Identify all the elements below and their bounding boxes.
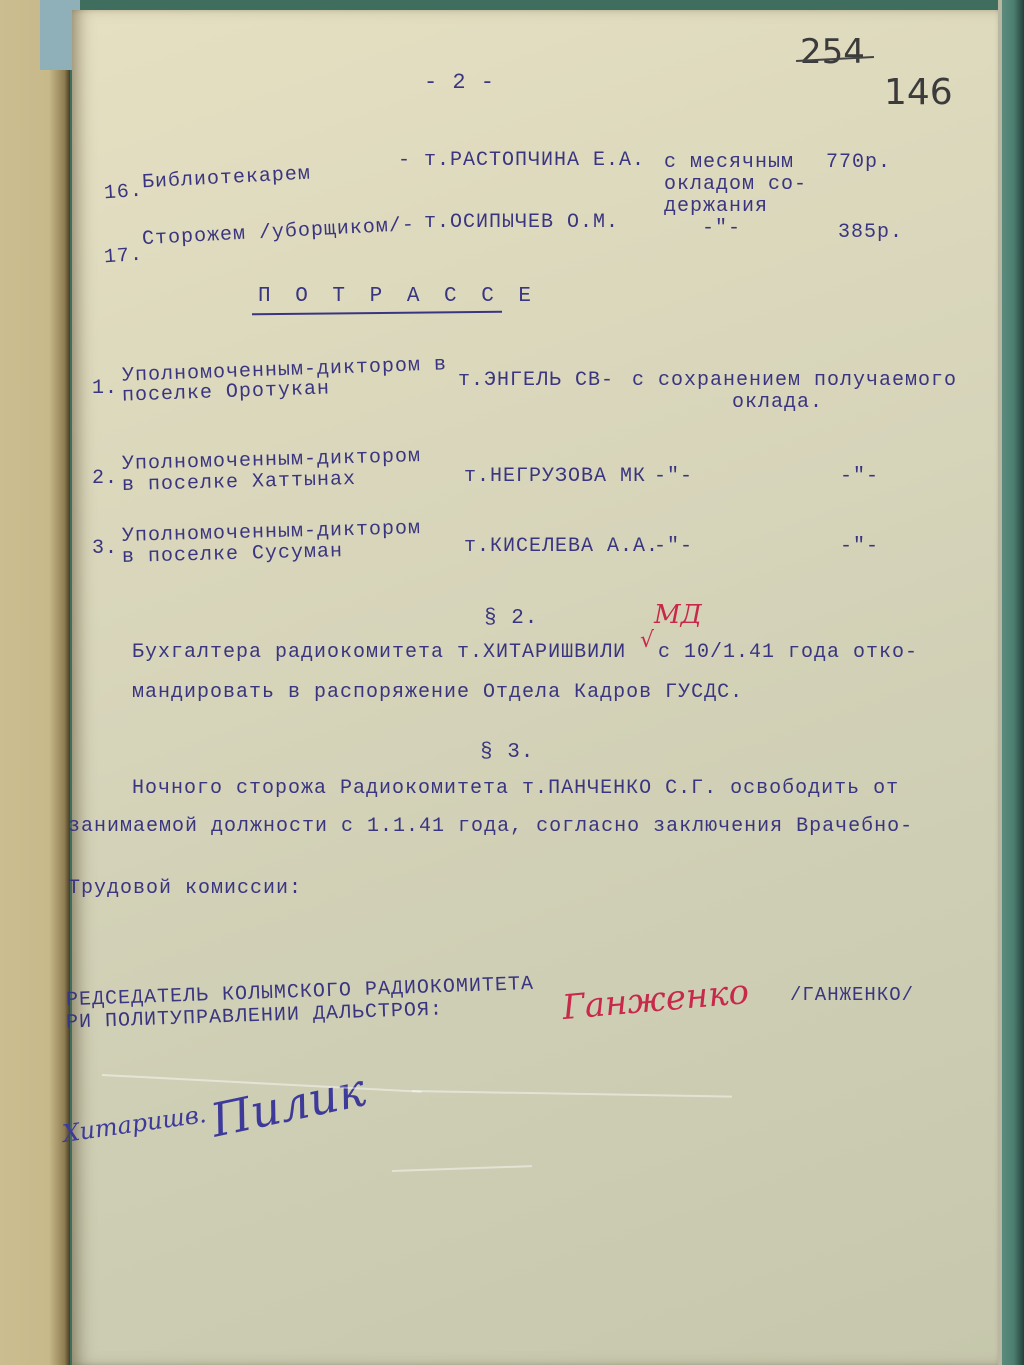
route-section-title: П О Т Р А С С Е: [258, 286, 537, 308]
handwritten-signature-2: Пилик: [206, 1062, 370, 1147]
section-3-line3: Трудовой комиссии:: [68, 878, 302, 900]
position-17: Сторожем /уборщиком/-: [142, 215, 416, 251]
route-terms-1-line2: оклада.: [632, 392, 823, 414]
route-item-number-3: 3.: [92, 538, 118, 560]
section-2-line1b: с 10/1.41 года отко-: [658, 642, 918, 664]
terms-16-line3: держания: [664, 196, 768, 218]
item-number-17: 17.: [103, 245, 143, 270]
section-2-heading: § 2.: [484, 608, 538, 630]
document-page: 254 146 - 2 - 16. Библиотекарем - т.РАСТ…: [72, 10, 1002, 1365]
archive-page-number-crossed: 254: [800, 32, 865, 72]
route-position-3-line2: в поселке Сусуман: [122, 541, 344, 569]
terms-16-line2: окладом со-: [664, 174, 807, 196]
route-ditto-2b: -"-: [840, 466, 879, 488]
route-position-2-line2: в поселке Хаттынах: [122, 469, 357, 497]
route-ditto-2a: -"-: [654, 466, 693, 488]
terms-16-line1: с месячным: [664, 152, 794, 174]
terms-17: -"-: [702, 218, 741, 240]
route-ditto-3b: -"-: [840, 536, 879, 558]
salary-17: 385р.: [838, 222, 903, 244]
section-3-line2: занимаемой должности с 1.1.41 года, согл…: [68, 816, 913, 838]
section-3-line1: Ночного сторожа Радиокомитета т.ПАНЧЕНКО…: [132, 778, 899, 800]
route-name-1: т.ЭНГЕЛЬ СВ-: [458, 370, 614, 392]
route-ditto-3a: -"-: [654, 536, 693, 558]
chairman-signature: Ганженко: [561, 972, 751, 1028]
route-terms-1-line1: с сохранением получаемого: [632, 370, 957, 392]
route-name-3: т.КИСЕЛЕВА А.А.: [464, 536, 659, 558]
title-underline: [252, 311, 502, 316]
page-edge: [998, 0, 1002, 1365]
route-item-number-2: 2.: [92, 468, 118, 490]
red-handwritten-insert: МД: [654, 600, 702, 630]
name-17: т.ОСИПЫЧЕВ О.М.: [424, 212, 619, 234]
route-name-2: т.НЕГРУЗОВА МК: [464, 466, 646, 488]
item-number-16: 16.: [103, 181, 143, 206]
salary-16: 770р.: [826, 152, 891, 174]
page-marker: - 2 -: [424, 72, 495, 94]
route-item-number-1: 1.: [92, 378, 118, 400]
section-2-line1a: Бухгалтера радиокомитета т.ХИТАРИШВИЛИ: [132, 642, 626, 664]
insertion-caret-icon: √: [640, 628, 654, 653]
handwritten-signature-1: Хитаришв.: [61, 1100, 208, 1148]
route-position-1-line2: поселке Оротукан: [122, 378, 331, 407]
archive-page-number: 146: [884, 72, 953, 113]
position-16: Библиотекарем: [142, 164, 312, 195]
section-3-heading: § 3.: [480, 742, 534, 764]
signatory-name: /ГАНЖЕНКО/: [790, 984, 914, 1006]
paper-crease: [392, 1165, 532, 1172]
name-16: - т.РАСТОПЧИНА Е.А.: [398, 150, 645, 172]
paper-crease: [412, 1090, 732, 1098]
section-2-line2: мандировать в распоряжение Отдела Кадров…: [132, 682, 743, 704]
left-facing-page: [0, 0, 70, 1365]
